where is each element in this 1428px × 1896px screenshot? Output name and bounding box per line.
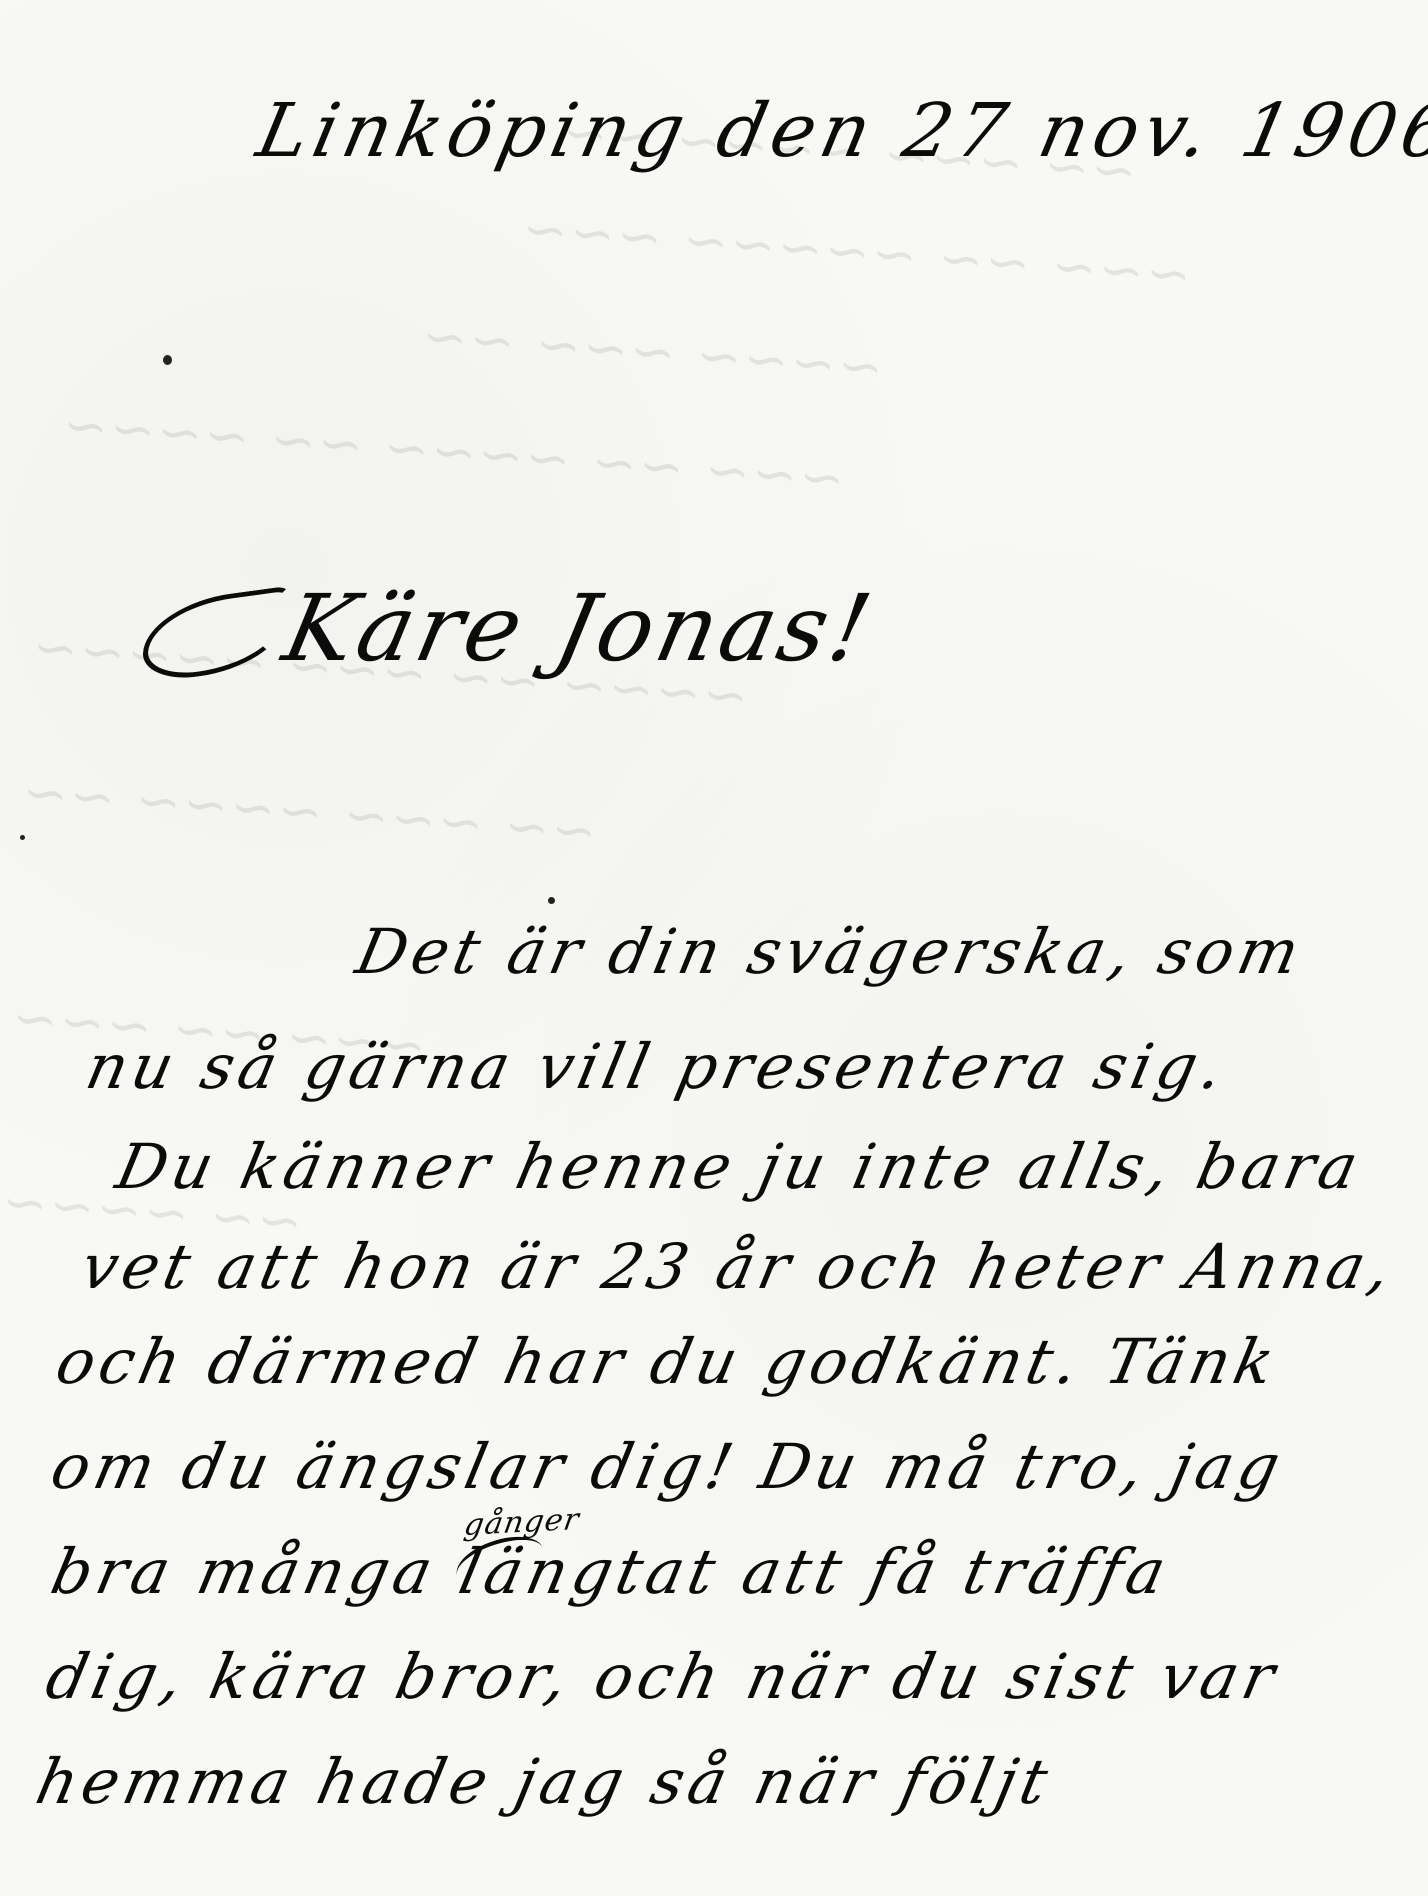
- bleed-through-text: ~~~~ ~~~ ~~: [418, 304, 885, 399]
- letter-date-line: Linköping den 27 nov. 1906.: [250, 88, 1428, 174]
- salutation-text: Käre Jonas!: [275, 575, 884, 682]
- bleed-through-text: ~~~ ~~ ~~~~~ ~~~: [519, 197, 1193, 307]
- body-line: nu så gärna vill presentera sig.: [80, 1030, 1234, 1103]
- body-line: bra många längtat att få träffa: [45, 1535, 1177, 1608]
- body-line: och därmed har du godkänt. Tänk: [50, 1325, 1285, 1398]
- bleed-through-text: ~~ ~~~ ~~~~ ~~: [19, 760, 599, 863]
- ink-spot: [20, 835, 25, 840]
- body-line: dig, kära bror, och när du sist var: [40, 1640, 1286, 1713]
- salutation-flourish: [141, 586, 289, 685]
- salutation: Käre Jonas!: [145, 575, 754, 682]
- ink-spot: [163, 355, 172, 365]
- ink-spot: [548, 897, 555, 904]
- bleed-through-text: ~~~ ~~ ~~~~ ~~ ~~~~: [59, 393, 847, 511]
- body-line: hemma hade jag så när följt: [30, 1745, 1059, 1818]
- body-line: Det är din svägerska, som: [350, 915, 1311, 988]
- body-line: vet att hon är 23 år och heter Anna,: [75, 1230, 1402, 1303]
- body-line: om du ängslar dig! Du må tro, jag: [45, 1430, 1291, 1503]
- letter-page: ~~ ~~~ ~~~~ ~~ ~~~ ~~ ~~~~~ ~~~ ~~~~ ~~~…: [0, 0, 1428, 1896]
- body-line: Du känner henne ju inte alls, bara: [110, 1130, 1369, 1203]
